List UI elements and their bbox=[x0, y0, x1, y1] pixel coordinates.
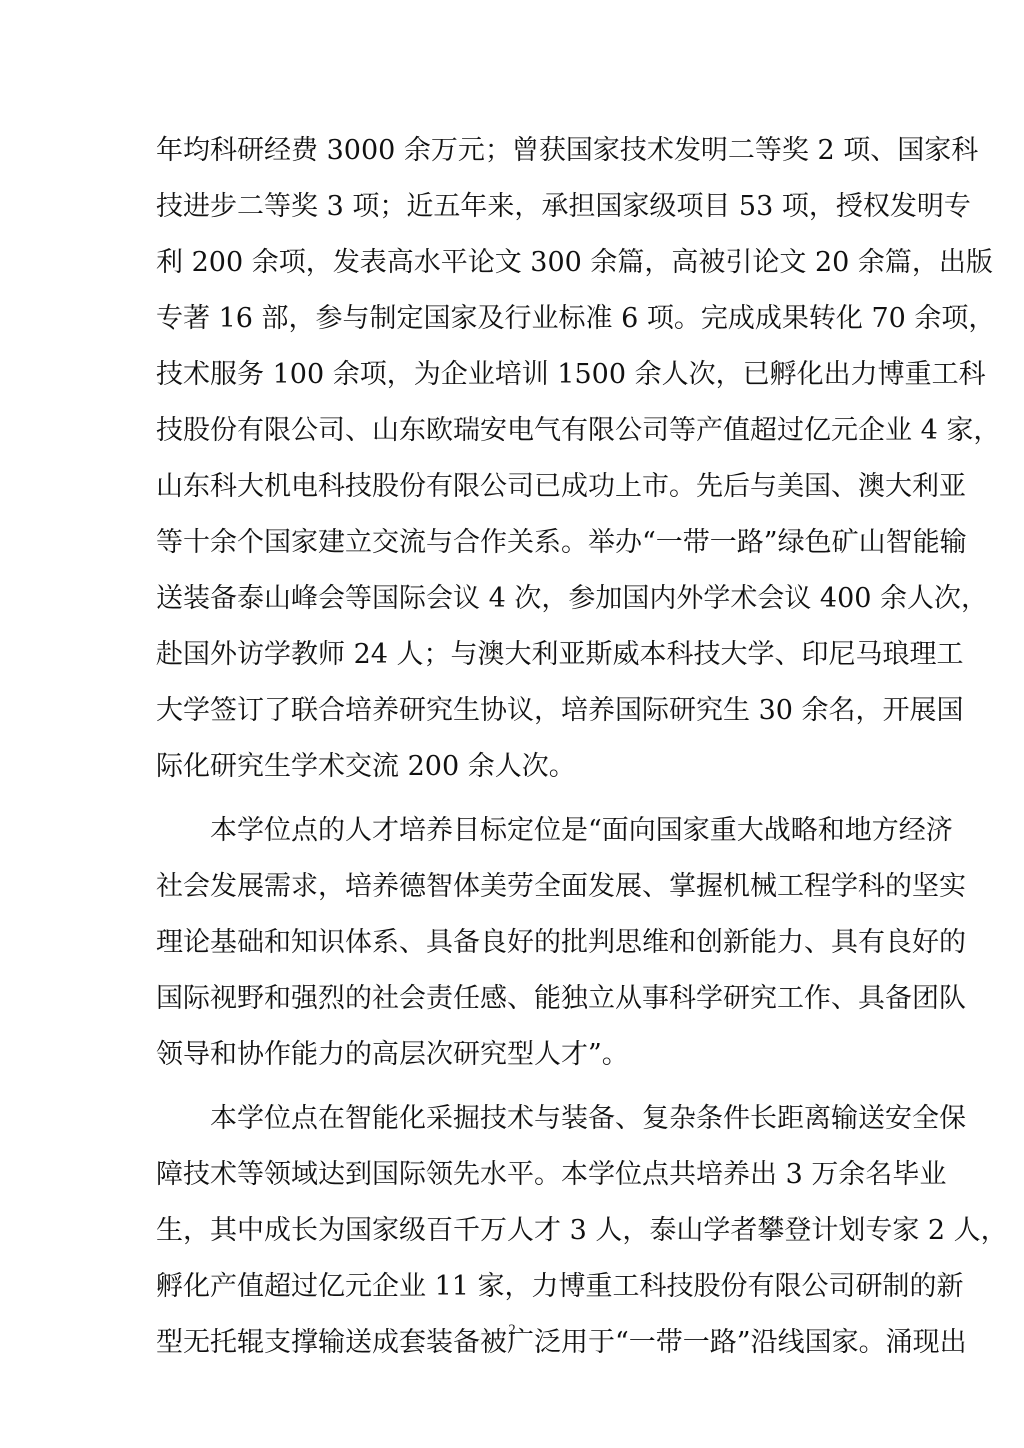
text-line: 赴国外访学教师 24 人；与澳大利亚斯威本科技大学、印尼马琅理工 bbox=[156, 636, 870, 673]
text-line: 际化研究生学术交流 200 余人次。 bbox=[156, 748, 870, 785]
paragraph-training-goals: 本学位点的人才培养目标定位是“面向国家重大战略和地方经济 社会发展需求，培养德智… bbox=[156, 812, 870, 1073]
text-line: 理论基础和知识体系、具备良好的批判思维和创新能力、具有良好的 bbox=[156, 924, 870, 961]
text-line: 障技术等领域达到国际领先水平。本学位点共培养出 3 万余名毕业 bbox=[156, 1156, 870, 1193]
text-line: 社会发展需求，培养德智体美劳全面发展、掌握机械工程学科的坚实 bbox=[156, 868, 870, 905]
text-line: 国际视野和强烈的社会责任感、能独立从事科学研究工作、具备团队 bbox=[156, 980, 870, 1017]
text-line: 等十余个国家建立交流与合作关系。举办“一带一路”绿色矿山智能输 bbox=[156, 524, 870, 561]
text-line: 大学签订了联合培养研究生协议，培养国际研究生 30 余名，开展国 bbox=[156, 692, 870, 729]
text-line: 本学位点的人才培养目标定位是“面向国家重大战略和地方经济 bbox=[156, 812, 870, 849]
document-body: 年均科研经费 3000 余万元；曾获国家技术发明二等奖 2 项、国家科 技进步二… bbox=[156, 132, 870, 1380]
text-line: 利 200 余项，发表高水平论文 300 余篇，高被引论文 20 余篇，出版 bbox=[156, 244, 870, 281]
text-line: 领导和协作能力的高层次研究型人才”。 bbox=[156, 1036, 870, 1073]
text-line: 孵化产值超过亿元企业 11 家，力博重工科技股份有限公司研制的新 bbox=[156, 1268, 870, 1305]
text-line: 技术服务 100 余项，为企业培训 1500 余人次，已孵化出力博重工科 bbox=[156, 356, 870, 393]
text-line: 本学位点在智能化采掘技术与装备、复杂条件长距离输送安全保 bbox=[156, 1100, 870, 1137]
text-line: 技股份有限公司、山东欧瑞安电气有限公司等产值超过亿元企业 4 家， bbox=[156, 412, 870, 449]
paragraph-gap bbox=[156, 804, 870, 812]
text-line: 送装备泰山峰会等国际会议 4 次，参加国内外学术会议 400 余人次， bbox=[156, 580, 870, 617]
text-line: 生，其中成长为国家级百千万人才 3 人，泰山学者攀登计划专家 2 人， bbox=[156, 1212, 870, 1249]
paragraph-research-achievements: 年均科研经费 3000 余万元；曾获国家技术发明二等奖 2 项、国家科 技进步二… bbox=[156, 132, 870, 785]
text-line: 专著 16 部，参与制定国家及行业标准 6 项。完成成果转化 70 余项， bbox=[156, 300, 870, 337]
page-number: 2 bbox=[0, 1322, 1024, 1339]
text-line: 山东科大机电科技股份有限公司已成功上市。先后与美国、澳大利亚 bbox=[156, 468, 870, 505]
text-line: 技进步二等奖 3 项；近五年来，承担国家级项目 53 项，授权发明专 bbox=[156, 188, 870, 225]
text-line: 年均科研经费 3000 余万元；曾获国家技术发明二等奖 2 项、国家科 bbox=[156, 132, 870, 169]
paragraph-gap bbox=[156, 1092, 870, 1100]
